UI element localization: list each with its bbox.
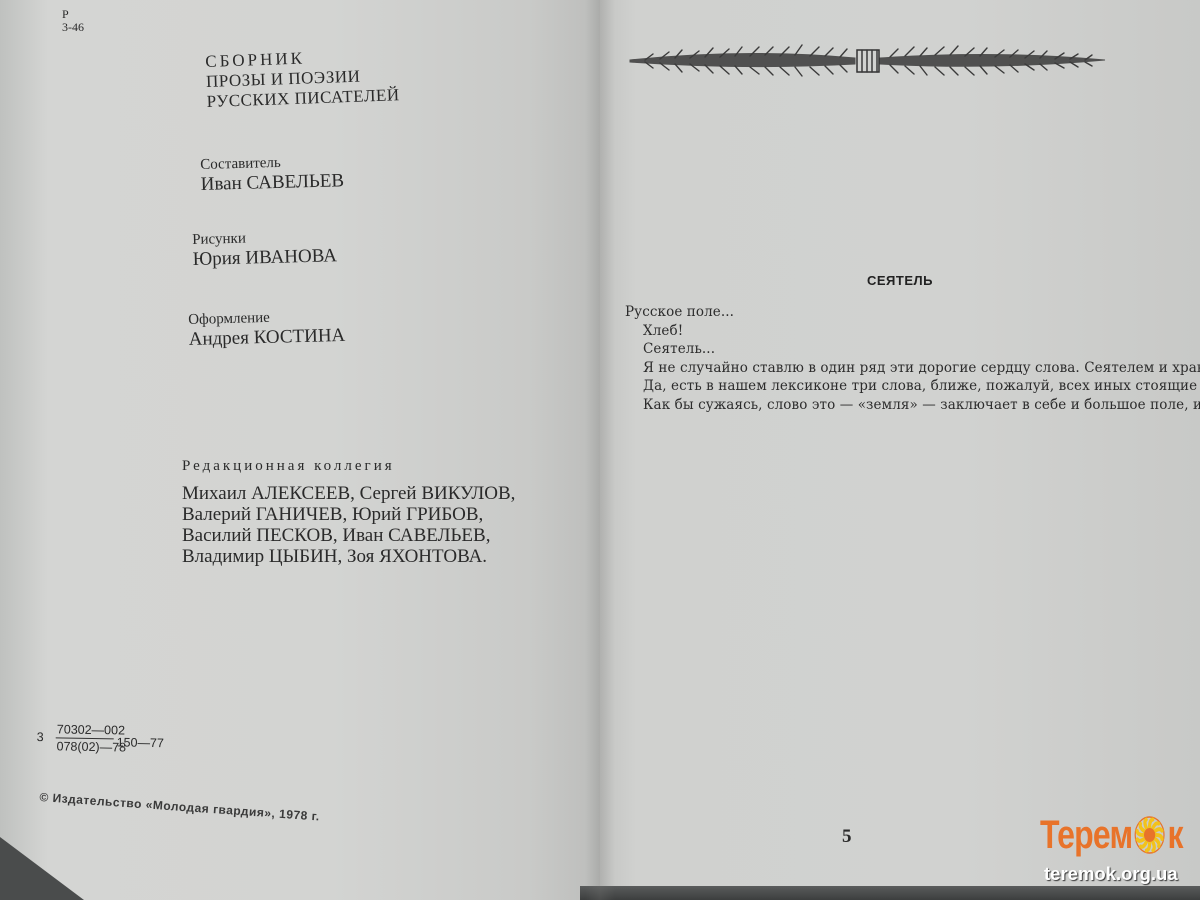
sun-icon (1132, 815, 1167, 855)
logo-text-after: к (1168, 815, 1183, 855)
credit-name: Андрея КОСТИНА (188, 325, 345, 351)
watermark: Терем к teremok.org.ua (1040, 815, 1195, 885)
book-spread: Р 3-46 СБОРНИК ПРОЗЫ И ПОЭЗИИ РУССКИХ ПИ… (0, 0, 1200, 900)
credit-name: Иван САВЕЛЬЕВ (200, 170, 344, 196)
paragraph: Как бы сужаясь, слово это — «земля» — за… (625, 396, 1170, 415)
teremok-logo: Терем к (1040, 815, 1164, 857)
catalog-code: Р 3-46 (62, 8, 84, 34)
catalog-code-line: 3-46 (62, 21, 84, 34)
editorial-board-line: Василий ПЕСКОВ, Иван САВЕЛЬЕВ, (182, 525, 515, 546)
publication-code-numerator: 70302—002 (57, 722, 125, 737)
credit-compiler: Составитель Иван САВЕЛЬЕВ (200, 153, 344, 196)
editorial-board-line: Михаил АЛЕКСЕЕВ, Сергей ВИКУЛОВ, (182, 483, 515, 504)
publication-code-prefix: 3 (37, 730, 44, 744)
page-number: 5 (842, 826, 852, 848)
book-gutter (585, 0, 615, 900)
body-text: Русское поле... Хлеб! Сеятель... Я не сл… (625, 303, 1170, 415)
paragraph: Да, есть в нашем лексиконе три слова, бл… (625, 377, 1170, 396)
left-page (0, 0, 600, 900)
verse-line: Хлеб! (625, 322, 1170, 341)
editorial-board-line: Валерий ГАНИЧЕВ, Юрий ГРИБОВ, (182, 504, 515, 525)
publication-code-suffix: 150—77 (117, 735, 165, 750)
wheat-sheaf-ornament-icon (625, 40, 1110, 80)
logo-text-before: Терем (1040, 815, 1132, 855)
right-page (600, 0, 1200, 900)
editorial-board: Редакционная коллегия Михаил АЛЕКСЕЕВ, С… (182, 458, 515, 567)
watermark-url: teremok.org.ua (1044, 863, 1195, 885)
editorial-board-heading: Редакционная коллегия (182, 458, 515, 475)
chapter-title: СЕЯТЕЛЬ (867, 273, 933, 288)
credit-illustrations: Рисунки Юрия ИВАНОВА (192, 228, 337, 271)
verse-line: Сеятель... (625, 340, 1170, 359)
credit-design: Оформление Андрея КОСТИНА (188, 308, 346, 351)
paragraph: Я не случайно ставлю в один ряд эти доро… (625, 359, 1170, 378)
credit-name: Юрия ИВАНОВА (192, 245, 337, 271)
editorial-board-line: Владимир ЦЫБИН, Зоя ЯХОНТОВА. (182, 546, 515, 567)
book-title: СБОРНИК ПРОЗЫ И ПОЭЗИИ РУССКИХ ПИСАТЕЛЕЙ (205, 45, 400, 112)
verse-line: Русское поле... (625, 303, 1170, 322)
